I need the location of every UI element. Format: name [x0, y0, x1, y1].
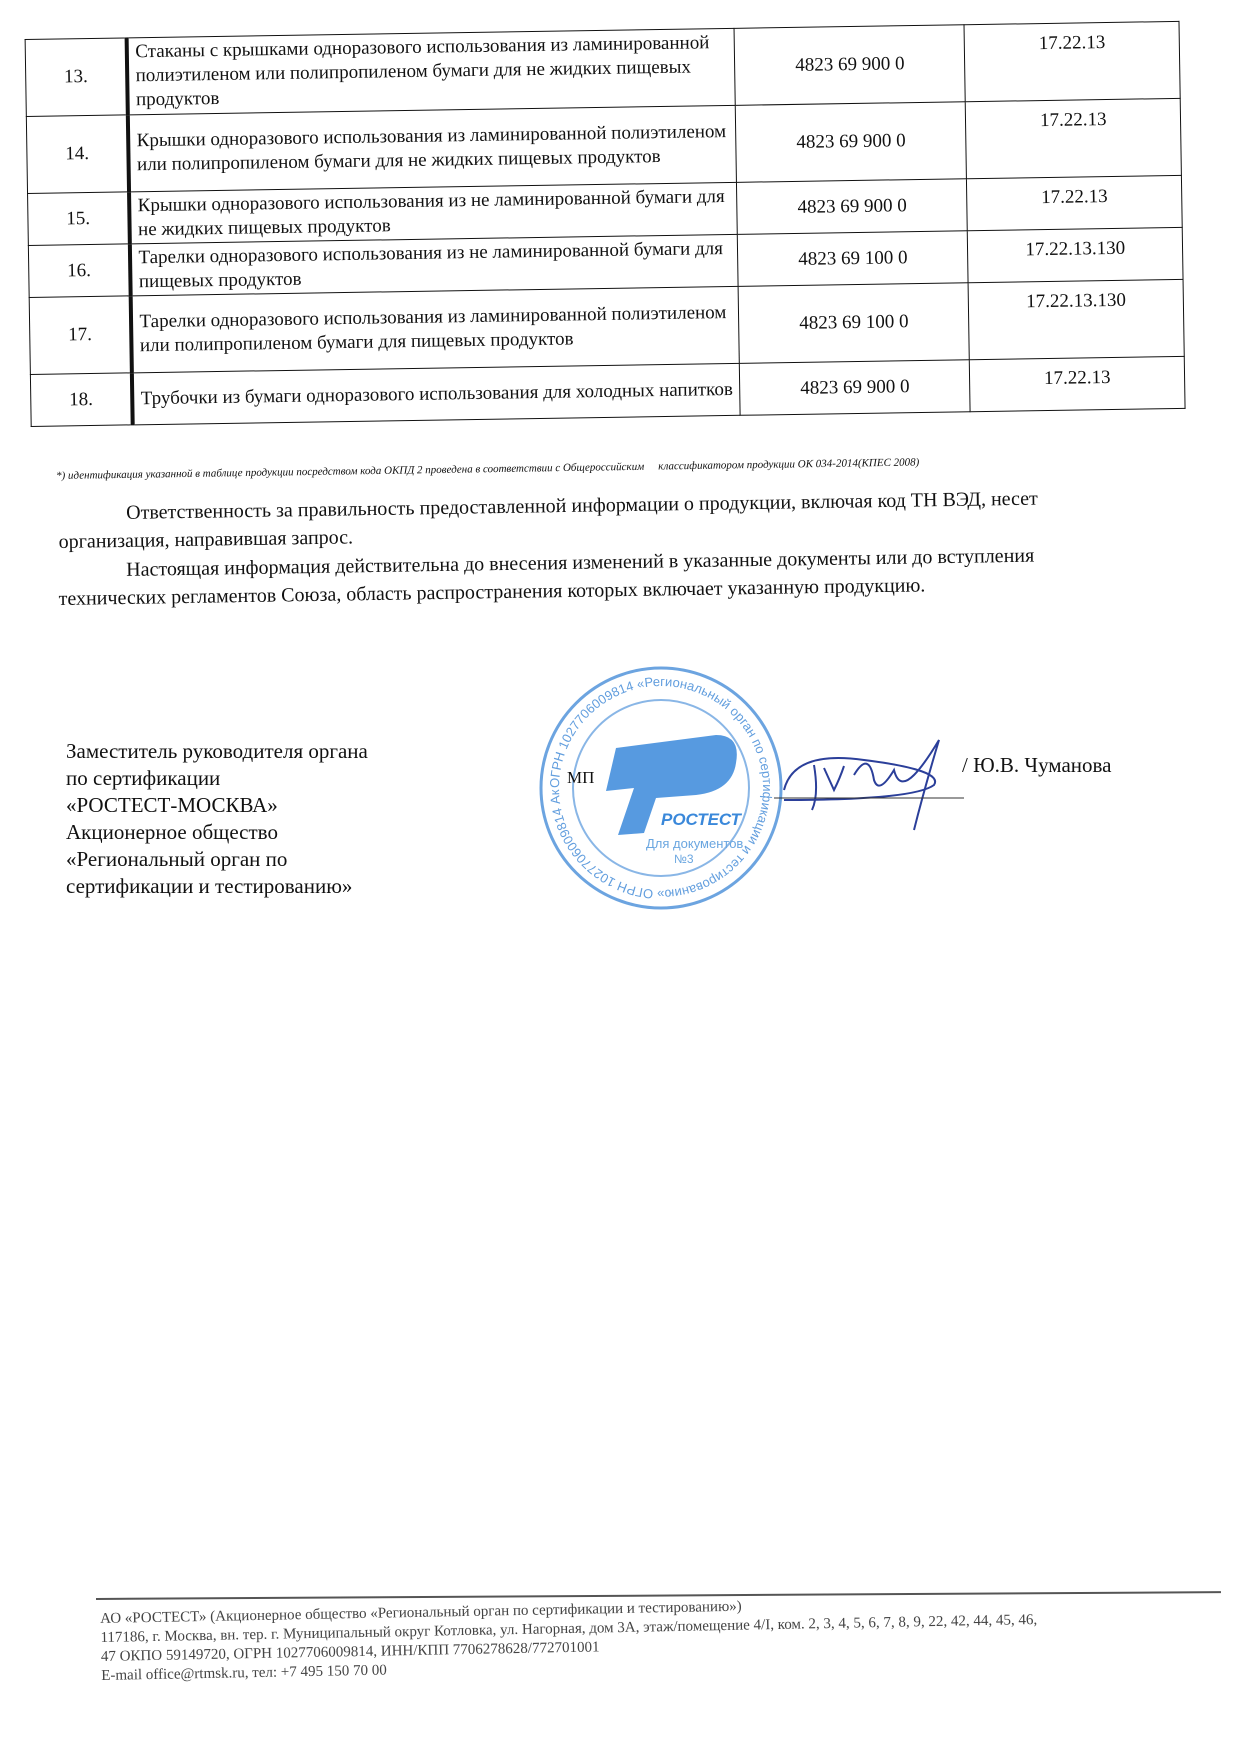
footer-block: АО «РОСТЕСТ» (Акционерное общество «Реги… — [100, 1592, 1038, 1686]
document-page: 13. Стаканы с крышками одноразового испо… — [0, 0, 1241, 1755]
signer-line: сертификации и тестированию» — [66, 873, 368, 900]
row-number: 15. — [28, 192, 131, 246]
svg-text:№3: №3 — [674, 852, 694, 866]
signer-block: Заместитель руководителя органа по серти… — [66, 738, 368, 900]
okpd2-code: 17.22.13.130 — [969, 279, 1185, 359]
svg-text:Для документов: Для документов — [646, 836, 743, 851]
tn-ved-code: 4823 69 900 0 — [739, 360, 970, 416]
footnote-part1: *) идентификация указанной в таблице про… — [56, 461, 644, 482]
product-name: Тарелки одноразового использования из не… — [130, 234, 738, 296]
product-name: Тарелки одноразового использования из ла… — [131, 286, 739, 373]
tn-ved-code: 4823 69 900 0 — [734, 25, 966, 106]
signer-line: «Региональный орган по — [66, 846, 368, 873]
okpd2-code: 17.22.13 — [970, 356, 1185, 411]
product-name: Стаканы с крышками одноразового использо… — [127, 28, 735, 115]
tn-ved-code: 4823 69 900 0 — [737, 179, 968, 235]
stamp-place-label: МП — [567, 768, 594, 788]
company-stamp-icon: ОГРН 1027706009814 «Региональный орган п… — [536, 663, 786, 913]
row-number: 14. — [26, 115, 129, 194]
row-number: 13. — [25, 38, 128, 117]
row-number: 18. — [30, 373, 133, 427]
footnote-part2: классификатором продукции ОК 034-2014(КП… — [658, 456, 919, 472]
signer-name: / Ю.В. Чуманова — [962, 753, 1111, 778]
okpd2-code: 17.22.13 — [966, 98, 1182, 178]
tn-ved-code: 4823 69 100 0 — [737, 231, 968, 287]
signer-line: Заместитель руководителя органа — [66, 738, 368, 765]
table-footnote: *) идентификация указанной в таблице про… — [56, 453, 1136, 482]
products-table: 13. Стаканы с крышками одноразового испо… — [25, 21, 1186, 427]
svg-text:РОСТЕСТ: РОСТЕСТ — [661, 810, 743, 829]
tn-ved-code: 4823 69 100 0 — [738, 283, 970, 364]
signer-line: Акционерное общество — [66, 819, 368, 846]
product-name: Крышки одноразового использования из лам… — [128, 105, 736, 192]
product-name: Крышки одноразового использования из не … — [129, 182, 737, 244]
signer-line: по сертификации — [66, 765, 368, 792]
okpd2-code: 17.22.13 — [964, 21, 1180, 101]
row-number: 17. — [29, 296, 132, 375]
product-name: Трубочки из бумаги одноразового использо… — [132, 363, 740, 425]
products-table-wrapper: 13. Стаканы с крышками одноразового испо… — [0, 0, 1237, 9]
row-number: 16. — [28, 244, 131, 298]
tn-ved-code: 4823 69 900 0 — [735, 102, 967, 183]
signer-line: «РОСТЕСТ-МОСКВА» — [66, 792, 368, 819]
okpd2-code: 17.22.13.130 — [968, 227, 1183, 282]
okpd2-code: 17.22.13 — [967, 175, 1182, 230]
signature-icon — [774, 720, 974, 850]
